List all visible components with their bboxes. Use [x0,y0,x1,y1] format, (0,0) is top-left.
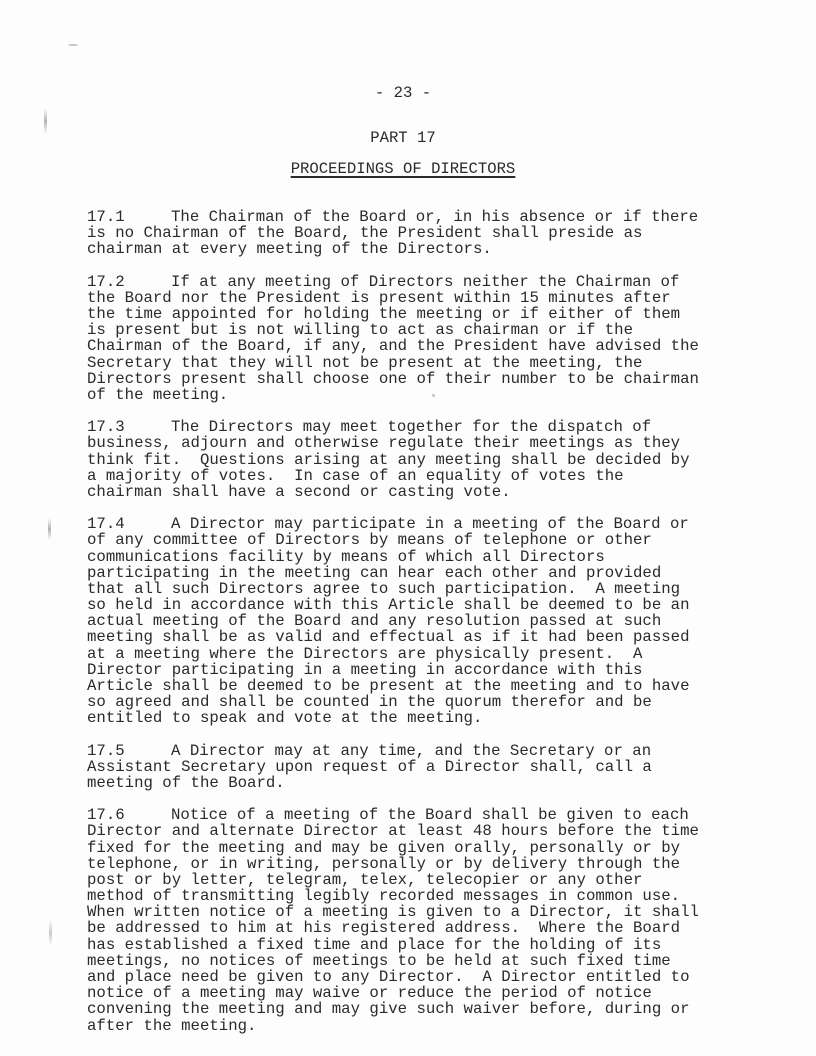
section-heading: PROCEEDINGS OF DIRECTORS [0,161,806,177]
hole-punch-mark [49,920,52,946]
hole-punch-mark [48,518,51,540]
paragraph-line: Article shall be deemed to be present at… [87,678,727,694]
paragraph-line: 17.1The Chairman of the Board or, in his… [87,209,727,225]
paragraph-line: Assistant Secretary upon request of a Di… [87,759,727,775]
paragraph-line: 17.6Notice of a meeting of the Board sha… [87,807,727,823]
line-text: of the meeting. [87,386,228,404]
paragraph-line: When written notice of a meeting is give… [87,904,727,920]
paragraph-line: the time appointed for holding the meeti… [87,306,727,322]
paragraph-line: convening the meeting and may give such … [87,1001,727,1017]
part-heading: PART 17 [0,130,806,146]
line-text: entitled to speak and vote at the meetin… [87,709,482,727]
line-text: chairman at every meeting of the Directo… [87,240,492,258]
paragraph-line: the Board nor the President is present w… [87,290,727,306]
paragraph-line: notice of a meeting may waive or reduce … [87,985,727,1001]
paragraph-line: telephone, or in writing, personally or … [87,856,727,872]
paragraph-line: meeting shall be as valid and effectual … [87,629,727,645]
paragraph-17-6: 17.6Notice of a meeting of the Board sha… [87,807,727,1033]
paragraph-line: meeting of the Board. [87,775,727,791]
paragraph-line: 17.4A Director may participate in a meet… [87,516,727,532]
paragraph-line: so held in accordance with this Article … [87,597,727,613]
scan-speck [68,44,78,46]
paragraph-line: post or by letter, telegram, telex, tele… [87,872,727,888]
paragraph-line: business, adjourn and otherwise regulate… [87,435,727,451]
line-text: after the meeting. [87,1017,256,1035]
paragraph-line: communications facility by means of whic… [87,549,727,565]
paragraph-line: Secretary that they will not be present … [87,355,727,371]
paragraph-line: Director and alternate Director at least… [87,823,727,839]
paragraph-line: entitled to speak and vote at the meetin… [87,710,727,726]
paragraph-line: method of transmitting legibly recorded … [87,888,727,904]
paragraph-line: fixed for the meeting and may be given o… [87,840,727,856]
paragraph-17-3: 17.3The Directors may meet together for … [87,419,727,500]
paragraph-line: participating in the meeting can hear ea… [87,565,727,581]
paragraph-line: is no Chairman of the Board, the Preside… [87,225,727,241]
paragraph-17-4: 17.4A Director may participate in a meet… [87,516,727,726]
paragraph-line: Chairman of the Board, if any, and the P… [87,338,727,354]
document-page: - 23 - PART 17 PROCEEDINGS OF DIRECTORS … [0,0,816,1056]
section-number: 17.2 [87,274,171,290]
page-number: - 23 - [0,85,806,101]
document-body: 17.1The Chairman of the Board or, in his… [87,209,727,1050]
paragraph-line: has established a fixed time and place f… [87,937,727,953]
paragraph-line: Director participating in a meeting in a… [87,662,727,678]
section-number: 17.3 [87,419,171,435]
paragraph-line: a majority of votes. In case of an equal… [87,468,727,484]
paragraph-line: be addressed to him at his registered ad… [87,920,727,936]
paragraph-17-2: 17.2If at any meeting of Directors neith… [87,274,727,403]
paragraph-line: that all such Directors agree to such pa… [87,581,727,597]
paragraph-line: is present but is not willing to act as … [87,322,727,338]
paragraph-line: 17.5A Director may at any time, and the … [87,743,727,759]
paragraph-line: think fit. Questions arising at any meet… [87,452,727,468]
paragraph-line: Directors present shall choose one of th… [87,371,727,387]
line-text: meeting of the Board. [87,774,285,792]
paragraph-line: at a meeting where the Directors are phy… [87,646,727,662]
paragraph-line: of any committee of Directors by means o… [87,532,727,548]
paragraph-17-5: 17.5A Director may at any time, and the … [87,743,727,792]
paragraph-line: of the meeting. [87,387,727,403]
paragraph-line: 17.3The Directors may meet together for … [87,419,727,435]
paragraph-line: chairman shall have a second or casting … [87,484,727,500]
paragraph-line: and place need be given to any Director.… [87,969,727,985]
paragraph-17-1: 17.1The Chairman of the Board or, in his… [87,209,727,258]
paragraph-line: so agreed and shall be counted in the qu… [87,694,727,710]
paragraph-line: chairman at every meeting of the Directo… [87,241,727,257]
section-number: 17.5 [87,743,171,759]
paragraph-line: 17.2If at any meeting of Directors neith… [87,274,727,290]
line-text: chairman shall have a second or casting … [87,483,511,501]
paragraph-line: meetings, no notices of meetings to be h… [87,953,727,969]
section-number: 17.1 [87,209,171,225]
paragraph-line: actual meeting of the Board and any reso… [87,613,727,629]
paragraph-line: after the meeting. [87,1018,727,1034]
section-number: 17.4 [87,516,171,532]
section-number: 17.6 [87,807,171,823]
section-heading-text: PROCEEDINGS OF DIRECTORS [291,160,516,178]
